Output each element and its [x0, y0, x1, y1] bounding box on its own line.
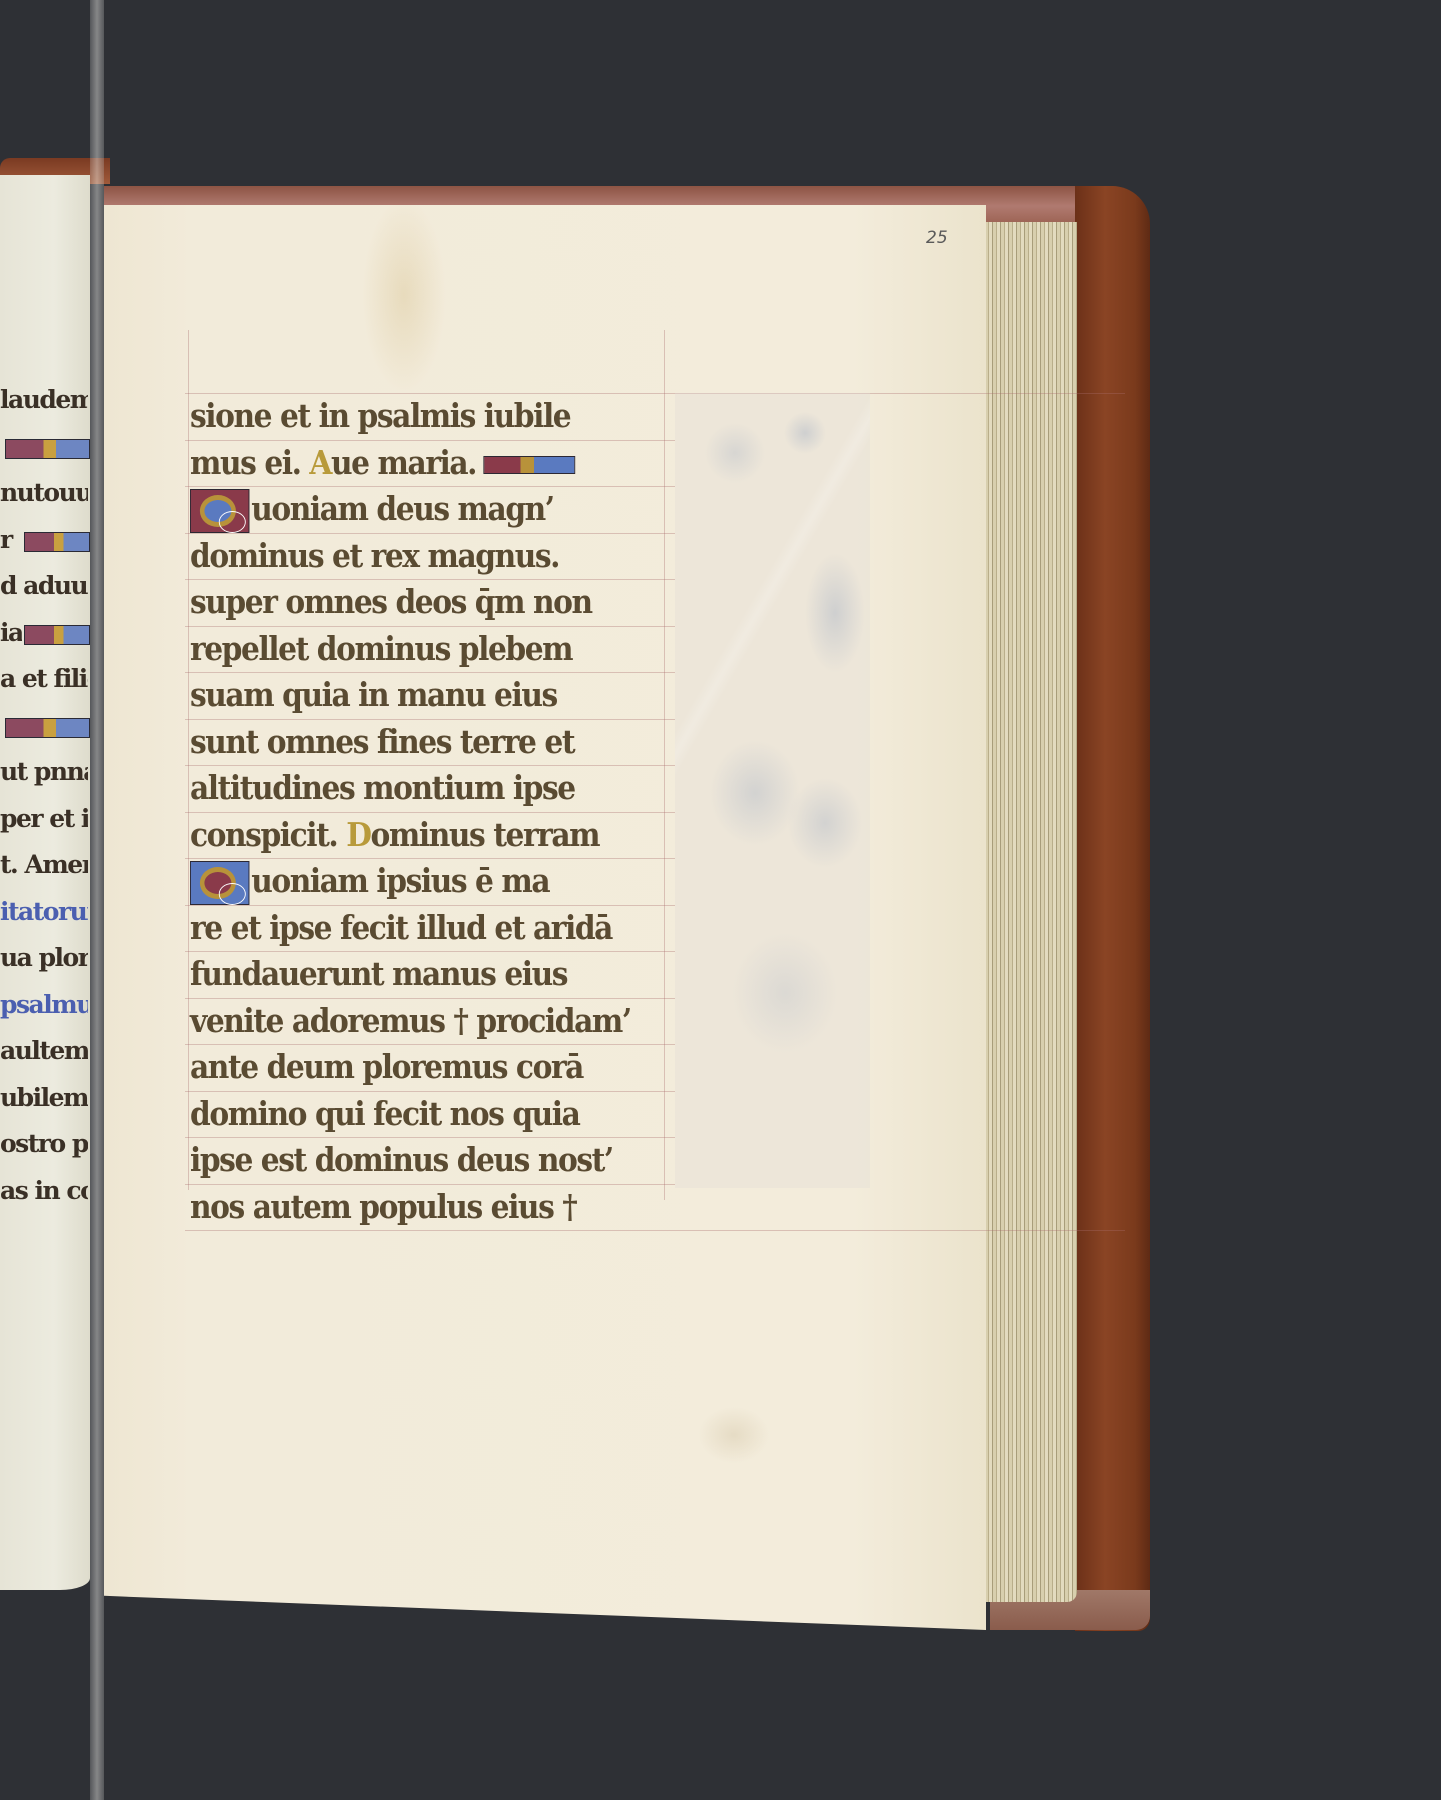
text-line: ipse est dominus deus nost’ [190, 1137, 631, 1184]
left-text-fragment: ubilemus [0, 1078, 88, 1118]
text-fragment: ue maria. [331, 443, 476, 482]
text-line: nos autem populus eius † [190, 1184, 631, 1231]
left-text-fragment: psalmus. [0, 985, 88, 1025]
left-text-fragment: t. Amen. [0, 845, 88, 885]
text-fragment: dominus et rex magnus. [190, 536, 559, 575]
left-text-fragment: ia [0, 613, 22, 653]
ruling-margin [188, 330, 189, 1190]
ruling-line [185, 1230, 1125, 1231]
text-line: altitudines montium ipse [190, 765, 631, 812]
text-line: sione et in psalmis iubile [190, 393, 631, 440]
text-fragment: sunt omnes fines terre et [190, 722, 574, 761]
line-filler-ornament [5, 439, 90, 459]
left-text-fragment: r [0, 520, 22, 560]
text-line: dominus et rex magnus. [190, 533, 631, 580]
left-text-fragment: ua plora d [0, 938, 88, 978]
line-filler-ornament [24, 625, 90, 645]
illuminated-initial-q [190, 861, 249, 905]
text-line: fundauerunt manus eius [190, 951, 631, 998]
text-line: ante deum ploremus corā [190, 1044, 631, 1091]
left-text-fragment: laudem [0, 380, 88, 420]
left-text-fragment: a et filio et [0, 659, 88, 699]
text-fragment: altitudines montium ipse [190, 768, 575, 807]
left-text-fragment: nutouum [0, 473, 88, 513]
text-fragment: domino qui fecit nos quia [190, 1094, 579, 1133]
left-text-fragment: d aduuar [0, 566, 88, 606]
text-line: domino qui fecit nos quia [190, 1091, 631, 1138]
left-text-fragment: aultemus d [0, 1031, 88, 1071]
text-line: repellet dominus plebem [190, 626, 631, 673]
text-fragment: ante deum ploremus corā [190, 1047, 583, 1086]
text-fragment: super omnes deos q̄m non [190, 582, 592, 621]
text-fragment: nos autem populus eius † [190, 1187, 576, 1226]
text-line: mus ei. Aue maria. [190, 440, 631, 487]
text-line: re et ipse fecit illud et aridā [190, 905, 631, 952]
left-text-fragment: ut pnnap [0, 752, 88, 792]
gold-initial: D [346, 815, 370, 854]
main-text-block: sione et in psalmis iubilemus ei. Aue ma… [190, 393, 680, 1230]
left-text-fragment: itatorum [0, 892, 88, 932]
illuminated-initial-q [190, 489, 249, 533]
line-filler-ornament [483, 456, 575, 474]
text-line: conspicit. Dominus terram [190, 812, 631, 859]
text-line: uoniam ipsius ē ma [190, 858, 631, 905]
left-text-fragment: as in confes [0, 1171, 88, 1211]
glass-page-holder [90, 0, 104, 1800]
folio-number: 25 [926, 228, 948, 248]
left-page: laudemnutouumrd aduuariaa et filio etut … [0, 175, 90, 1590]
text-fragment: fundauerunt manus eius [190, 954, 567, 993]
text-line: super omnes deos q̄m non [190, 579, 631, 626]
cover-right-edge [1075, 186, 1150, 1631]
text-fragment: sione et in psalmis iubile [190, 396, 570, 435]
text-line: uoniam deus magn’ [190, 486, 631, 533]
border-decoration-show-through [675, 393, 870, 1188]
gold-initial: A [309, 443, 331, 482]
line-filler-ornament [24, 532, 90, 552]
text-fragment: uoniam ipsius ē ma [251, 861, 549, 900]
text-fragment: ipse est dominus deus nost’ [190, 1140, 613, 1179]
text-fragment: repellet dominus plebem [190, 629, 572, 668]
page-edges-stack [985, 222, 1077, 1602]
text-fragment: ominus terram [371, 815, 600, 854]
left-text-fragment: per et in s [0, 799, 88, 839]
text-fragment: uoniam deus magn’ [251, 489, 553, 528]
text-fragment: suam quia in manu eius [190, 675, 557, 714]
text-fragment: re et ipse fecit illud et aridā [190, 908, 612, 947]
text-line: sunt omnes fines terre et [190, 719, 631, 766]
text-line: venite adoremus † procidam’ [190, 998, 631, 1045]
text-line: suam quia in manu eius [190, 672, 631, 719]
text-fragment: mus ei. [190, 443, 309, 482]
text-fragment: conspicit. [190, 815, 346, 854]
left-text-fragment: ostro pran [0, 1124, 88, 1164]
text-fragment: venite adoremus † procidam’ [190, 1001, 631, 1040]
line-filler-ornament [5, 718, 90, 738]
